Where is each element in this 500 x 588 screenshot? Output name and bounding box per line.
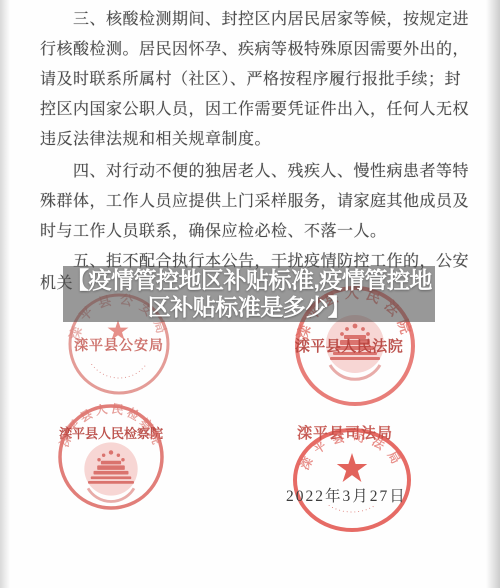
star-icon (108, 320, 129, 340)
date-stamp: 2022年3月27日 (286, 484, 407, 506)
scanned-notice-page: 三、核酸检测期间、封控区内居民居家等候，按规定进 行核酸检测。居民因怀孕、疾病等… (0, 0, 500, 588)
national-emblem-icon (84, 442, 137, 501)
seal-name: 滦平县公安局 (74, 337, 164, 354)
star-icon (337, 453, 367, 482)
document-line: 行核酸检测。居民因怀孕、疾病等极特殊原因需要外出的， (40, 36, 469, 59)
caption-overlay: 【疫情管控地区补贴标准,疫情管控地 区补贴标准是多少】 (63, 266, 435, 322)
document-line: 时与工作人员联系，确保应检必检、不落一人。 (40, 218, 387, 241)
document-line: 三、核酸检测期间、封控区内居民居家等候，按规定进 (73, 6, 469, 29)
document-line: 殊群体，工作人员应提供上门采样服务，请家庭其他成员及 (40, 188, 469, 211)
page-edge-shading-right (486, 0, 500, 588)
seal-peoples-procuratorate: 滦平县人民检察院 滦平县人民检察院 (53, 399, 169, 515)
document-line: 控区内国家公职人员，因工作需要凭证件出入，任何人无权 (40, 96, 469, 119)
document-line: 四、对行动不便的独居老人、残疾人、慢性病患者等特 (73, 158, 469, 181)
caption-line-2: 区补贴标准是多少】 (148, 294, 351, 321)
page-edge-shading-left (0, 0, 10, 588)
seal-justice-bureau: 滦平县司法局 滦平县司法局 ············· (290, 418, 414, 542)
document-line: 违反法律法规和相关规章制度。 (40, 126, 271, 149)
document-line: 请及时联系所属村（社区）、严格按程序履行报批手续；封 (40, 66, 461, 89)
seal-code: ················· (88, 362, 150, 382)
caption-line-1: 【疫情管控地区补贴标准,疫情管控地 (66, 267, 432, 294)
seal-name: 滦平县人民法院 (295, 337, 404, 355)
